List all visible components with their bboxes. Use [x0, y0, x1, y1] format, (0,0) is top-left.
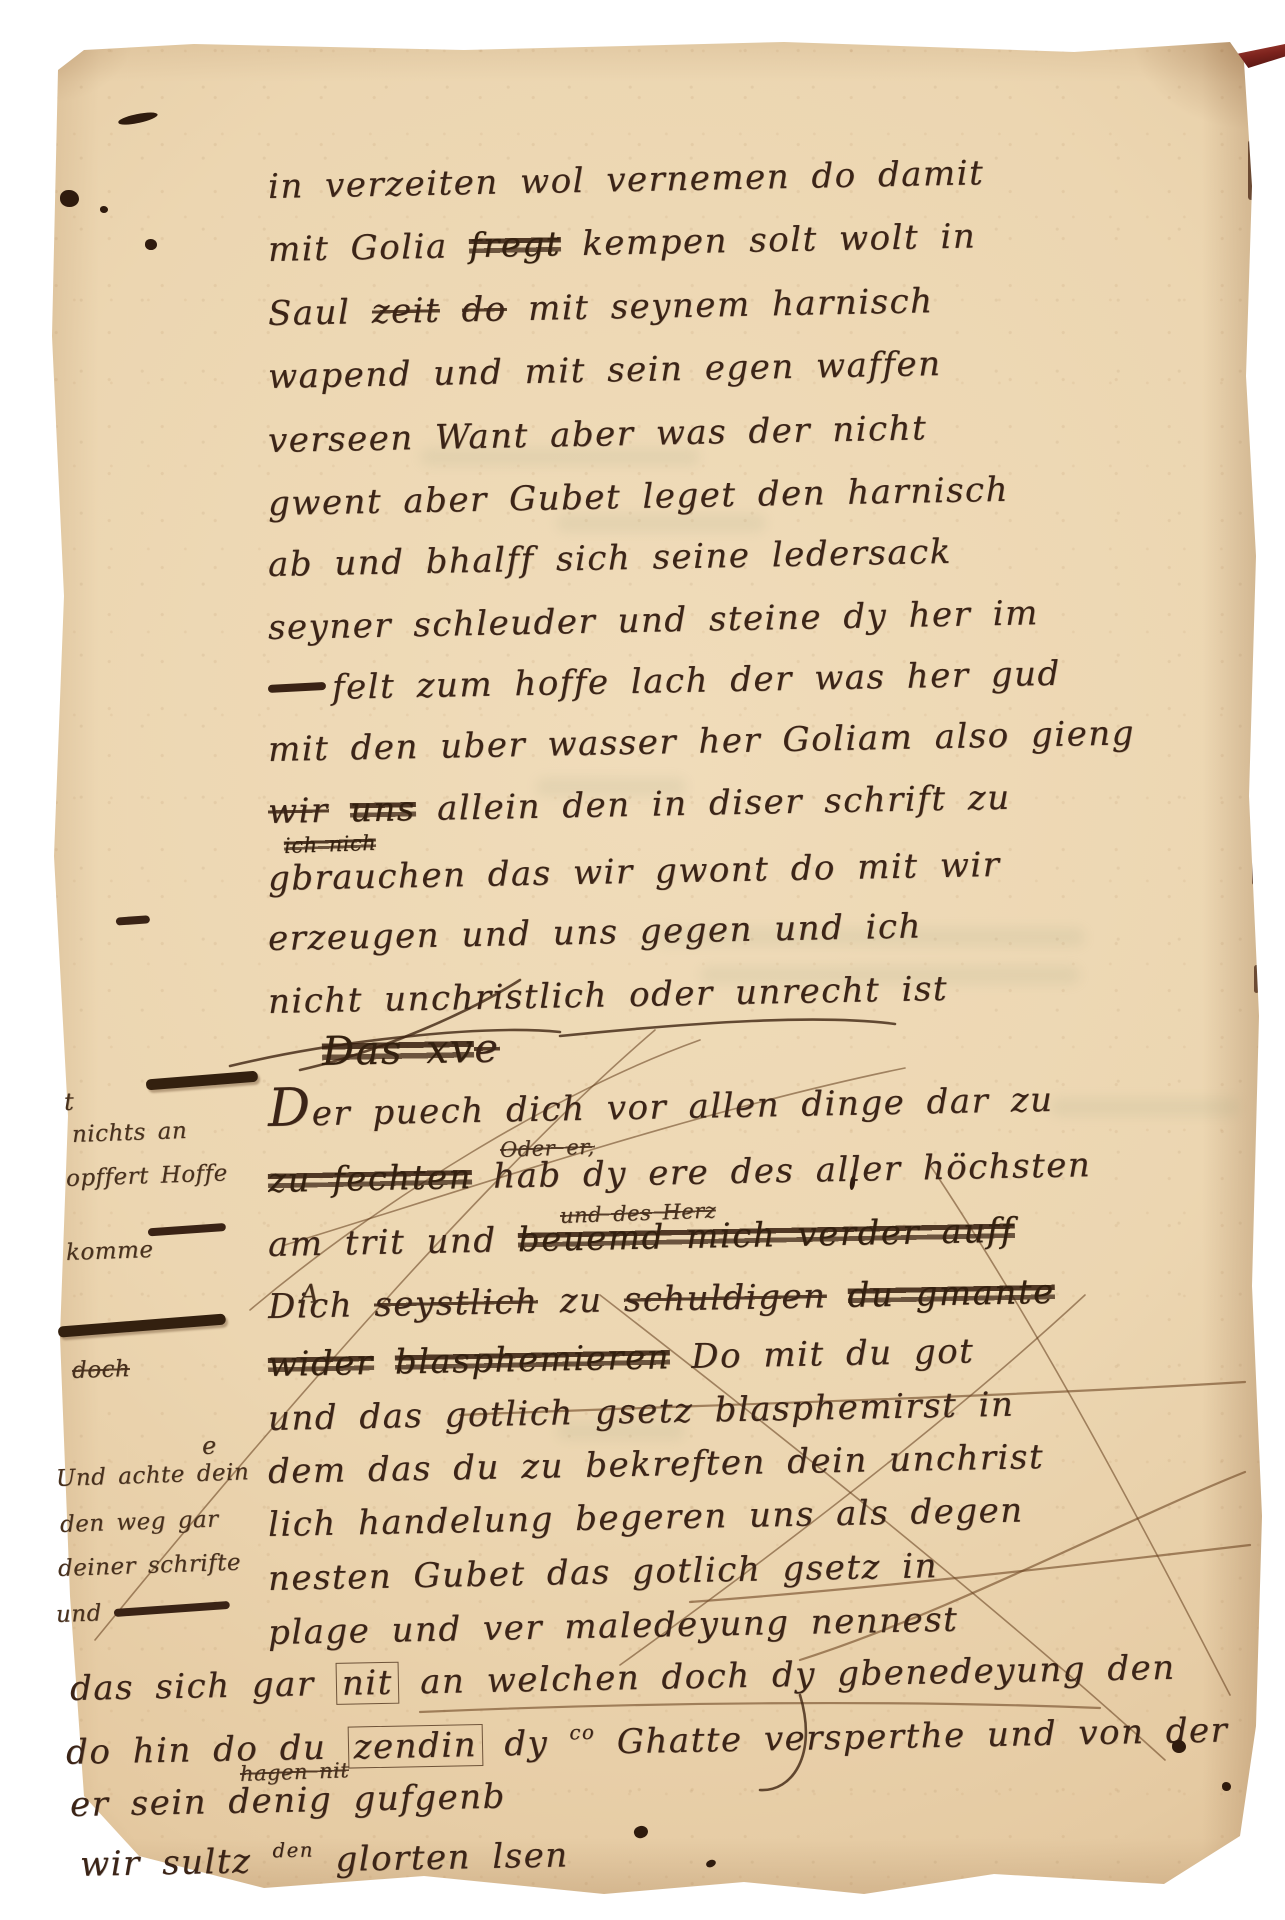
deletion-stroke [620, 1295, 1085, 1665]
deletion-stroke [600, 1295, 1165, 1760]
deletion-stroke [95, 1030, 655, 1640]
cancellation-line [460, 1382, 1245, 1415]
scan-background: in verzeiten wol vernemen do damitmit Go… [0, 0, 1285, 1920]
pen-tail-stroke [760, 1695, 806, 1790]
deletion-strokes-overlay [0, 0, 1285, 1920]
deletion-stroke [930, 1165, 1230, 1695]
deletion-stroke [285, 1068, 905, 1245]
heading-flourish [300, 980, 520, 1070]
heading-flourish [560, 1020, 895, 1036]
heading-flourish [230, 1030, 560, 1066]
cancellation-line [800, 1472, 1245, 1660]
cancellation-line [420, 1703, 1100, 1712]
deletion-stroke [250, 1040, 700, 1310]
